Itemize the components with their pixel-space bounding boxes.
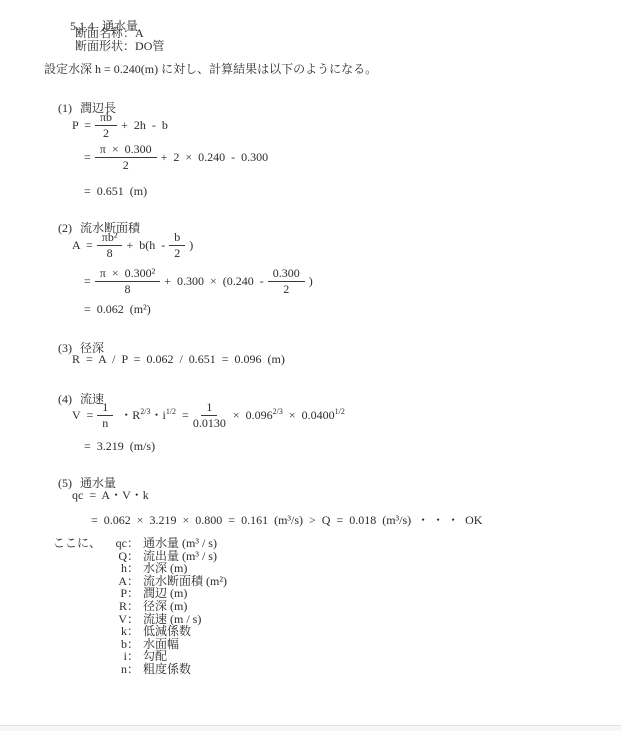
- legend-prefix-spacer: [53, 550, 105, 563]
- fraction: πb2: [95, 111, 117, 140]
- area-formula-substituted: = π × 0.300²8 + 0.300 × (0.240 - 0.3002 …: [84, 267, 313, 296]
- legend-desc: 通水量 (m³ / s): [143, 537, 217, 550]
- section-number: (5): [58, 476, 72, 490]
- legend-row: b： 水面幅: [53, 638, 227, 651]
- legend-prefix-spacer: [53, 562, 105, 575]
- legend-colon: ：: [127, 600, 139, 613]
- hydraulic-radius-formula: R = A / P = 0.062 / 0.651 = 0.096 (m): [72, 353, 285, 366]
- legend-colon: ：: [127, 562, 139, 575]
- legend-row: Q： 流出量 (m³ / s): [53, 550, 227, 563]
- legend-prefix-spacer: [53, 613, 105, 626]
- area-formula-result: = 0.062 (m²): [84, 303, 151, 316]
- perimeter-formula-substituted: = π × 0.3002 + 2 × 0.240 - 0.300: [84, 143, 268, 172]
- meta-value: DO管: [135, 40, 164, 53]
- fraction: 1n: [97, 401, 113, 430]
- intro-sentence: 設定水深 h = 0.240(m) に対し、計算結果は以下のようになる。: [44, 63, 377, 76]
- legend-colon: ：: [127, 537, 139, 550]
- fraction: 10.0130: [193, 401, 226, 430]
- legend-colon: ：: [127, 625, 139, 638]
- fraction: 0.3002: [268, 267, 305, 296]
- legend-row: ここに、 qc： 通水量 (m³ / s): [53, 537, 227, 550]
- legend-symbol: k: [105, 625, 127, 638]
- velocity-formula-result: = 3.219 (m/s): [84, 440, 155, 453]
- calculation-document-page: 5.1.4通水量 断面名称：A 断面形状：DO管 設定水深 h = 0.240(…: [0, 0, 621, 731]
- symbol-legend: ここに、 qc： 通水量 (m³ / s) Q： 流出量 (m³ / s) h：…: [53, 537, 227, 676]
- section-number: (3): [58, 341, 72, 355]
- legend-desc: 低減係数: [143, 625, 191, 638]
- legend-row: V： 流速 (m / s): [53, 613, 227, 626]
- legend-desc: 水深 (m): [143, 562, 187, 575]
- exponent: 2/3: [140, 408, 150, 416]
- legend-row: h： 水深 (m): [53, 562, 227, 575]
- perimeter-formula-result: = 0.651 (m): [84, 185, 147, 198]
- fraction: π × 0.3002: [95, 143, 157, 172]
- page-bottom-edge: [0, 725, 621, 731]
- legend-prefix-spacer: [53, 638, 105, 651]
- section-number: (4): [58, 392, 72, 406]
- capacity-formula-result: = 0.062 × 3.219 × 0.800 = 0.161 (m³/s) >…: [91, 514, 482, 527]
- legend-prefix-spacer: [53, 600, 105, 613]
- legend-row: A： 流水断面積 (m²): [53, 575, 227, 588]
- velocity-formula-symbolic: V = 1n ・R2/3 ・i1/2 = 10.0130 × 0.0962/3 …: [72, 401, 345, 430]
- perimeter-formula-symbolic: P = πb2 + 2h - b: [72, 111, 168, 140]
- section-number: (1): [58, 101, 72, 115]
- legend-row: R： 径深 (m): [53, 600, 227, 613]
- legend-symbol: qc: [105, 537, 127, 550]
- legend-symbol: R: [105, 600, 127, 613]
- section-number: (2): [58, 221, 72, 235]
- legend-colon: ：: [127, 663, 139, 676]
- legend-symbol: n: [105, 663, 127, 676]
- capacity-formula-symbolic: qc = A・V・k: [72, 489, 149, 502]
- fraction: b2: [169, 231, 185, 260]
- area-formula-symbolic: A = πb²8 + b(h - b2 ): [72, 231, 193, 260]
- legend-row: P： 潤辺 (m): [53, 587, 227, 600]
- exponent: 1/2: [335, 408, 345, 416]
- legend-prefix: ここに、: [53, 537, 105, 550]
- legend-symbol: h: [105, 562, 127, 575]
- legend-prefix-spacer: [53, 650, 105, 663]
- meta-colon: ：: [123, 40, 135, 53]
- fraction: πb²8: [97, 231, 123, 260]
- legend-desc: 径深 (m): [143, 600, 187, 613]
- legend-prefix-spacer: [53, 663, 105, 676]
- meta-section-shape: 断面形状：DO管: [75, 40, 164, 53]
- legend-row: i： 勾配: [53, 650, 227, 663]
- legend-desc: 粗度係数: [143, 663, 191, 676]
- fraction: π × 0.300²8: [95, 267, 160, 296]
- legend-prefix-spacer: [53, 587, 105, 600]
- legend-prefix-spacer: [53, 575, 105, 588]
- meta-label: 断面形状: [75, 40, 123, 53]
- exponent: 1/2: [166, 408, 176, 416]
- exponent: 2/3: [273, 408, 283, 416]
- legend-row: n： 粗度係数: [53, 663, 227, 676]
- legend-row: k： 低減係数: [53, 625, 227, 638]
- legend-prefix-spacer: [53, 625, 105, 638]
